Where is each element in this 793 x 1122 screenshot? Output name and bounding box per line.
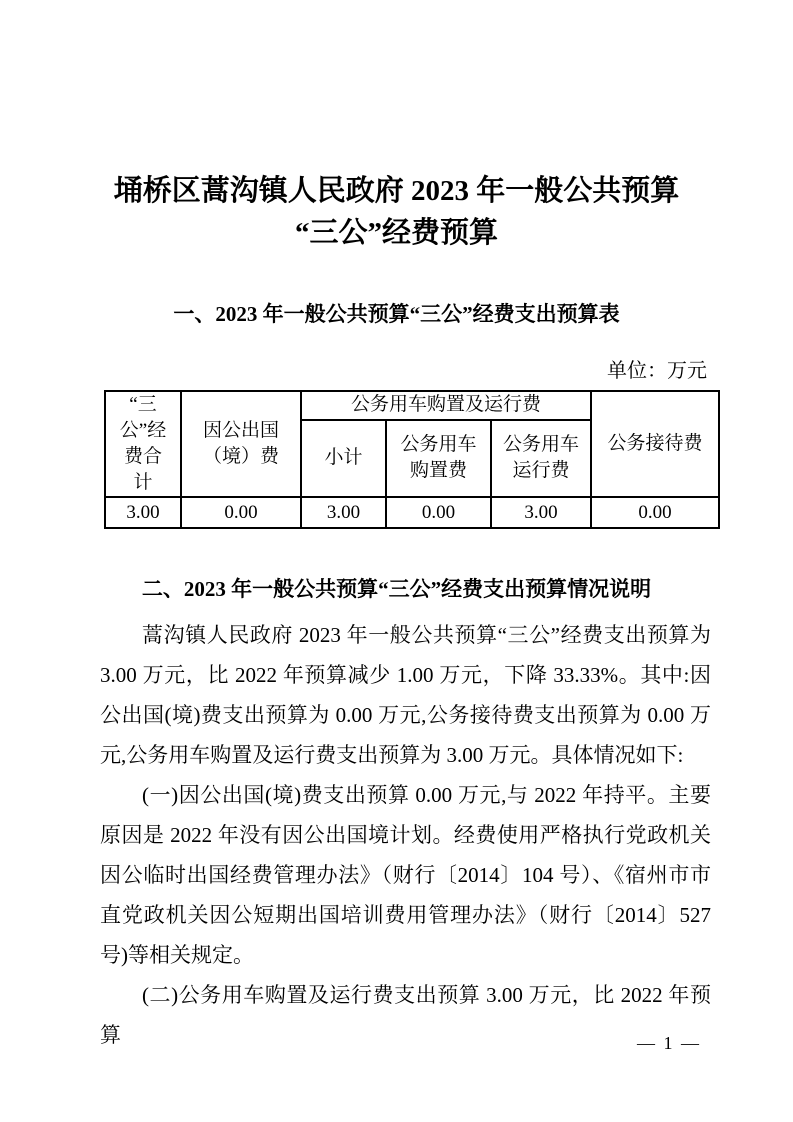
value-vehicle-subtotal: 3.00 [301, 497, 386, 528]
value-abroad: 0.00 [181, 497, 301, 528]
document-title: 埇桥区蒿沟镇人民政府 2023 年一般公共预算 “三公”经费预算 [95, 170, 698, 254]
paragraph-summary: 蒿沟镇人民政府 2023 年一般公共预算“三公”经费支出预算为 3.00 万元，… [100, 615, 711, 775]
value-vehicle-operation: 3.00 [491, 497, 591, 528]
value-vehicle-purchase: 0.00 [386, 497, 491, 528]
value-reception: 0.00 [591, 497, 719, 528]
document-title-line2: “三公”经费预算 [95, 212, 698, 254]
value-total: 3.00 [105, 497, 181, 528]
document-title-line1: 埇桥区蒿沟镇人民政府 2023 年一般公共预算 [95, 170, 698, 212]
header-abroad: 因公出国 （境）费 [181, 391, 301, 497]
table-header-row-top: “三 公”经 费合 计 因公出国 （境）费 公务用车购置及运行费 公务接待费 [105, 391, 719, 420]
page-number: — 1 — [637, 1033, 701, 1054]
table-data-row: 3.00 0.00 3.00 0.00 3.00 0.00 [105, 497, 719, 528]
section2-heading: 二、2023 年一般公共预算“三公”经费支出预算情况说明 [95, 575, 698, 603]
budget-table: “三 公”经 费合 计 因公出国 （境）费 公务用车购置及运行费 公务接待费 小… [104, 390, 720, 529]
header-vehicle-group: 公务用车购置及运行费 [301, 391, 591, 420]
header-total: “三 公”经 费合 计 [105, 391, 181, 497]
header-reception: 公务接待费 [591, 391, 719, 497]
document-page: 埇桥区蒿沟镇人民政府 2023 年一般公共预算 “三公”经费预算 一、2023 … [0, 0, 793, 1122]
header-vehicle-purchase: 公务用车 购置费 [386, 420, 491, 497]
section1-heading: 一、2023 年一般公共预算“三公”经费支出预算表 [95, 300, 698, 328]
body-text: 蒿沟镇人民政府 2023 年一般公共预算“三公”经费支出预算为 3.00 万元，… [100, 615, 711, 1055]
paragraph-item-2: (二)公务用车购置及运行费支出预算 3.00 万元，比 2022 年预算 [100, 975, 711, 1055]
unit-label: 单位：万元 [0, 358, 707, 384]
header-vehicle-subtotal: 小计 [301, 420, 386, 497]
paragraph-item-1: (一)因公出国(境)费支出预算 0.00 万元,与 2022 年持平。主要原因是… [100, 775, 711, 975]
header-vehicle-operation: 公务用车 运行费 [491, 420, 591, 497]
